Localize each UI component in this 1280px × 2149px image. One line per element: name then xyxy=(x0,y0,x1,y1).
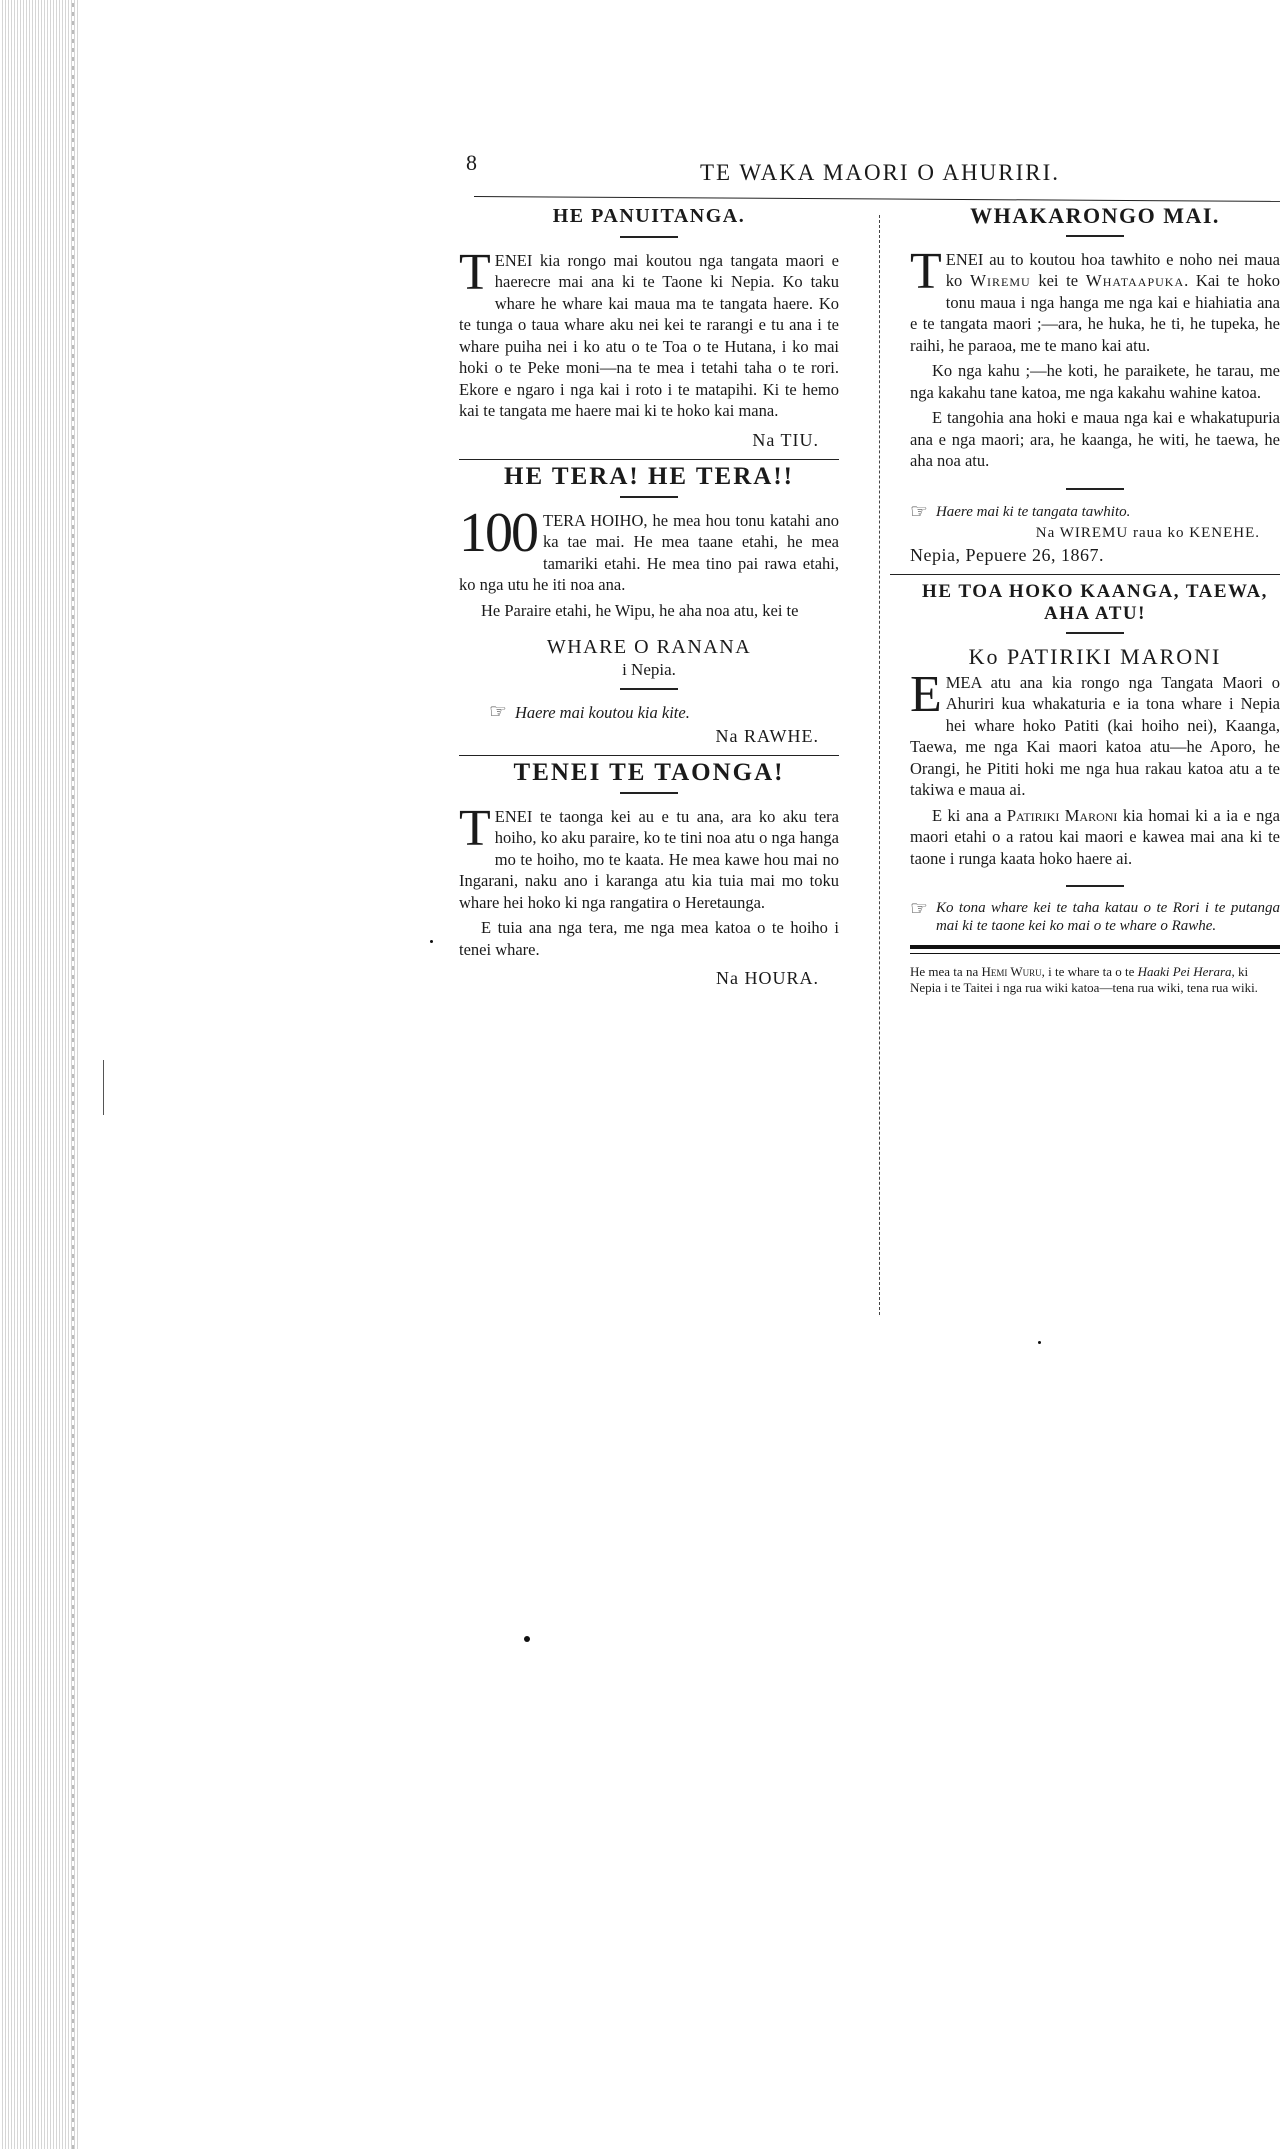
pointing-hand-icon: ☞ xyxy=(910,502,928,522)
notice-body-3: E tangohia ana hoki e maua nga kai e wha… xyxy=(910,407,1280,472)
notice-he-toa-hoko: HE TOA HOKO KAANGA, TAEWA, AHA ATU! Ko P… xyxy=(910,581,1280,935)
notice-body-2: He Paraire etahi, he Wipu, he aha noa at… xyxy=(459,600,839,622)
notice-body: TENEI au to koutou hoa tawhito e noho ne… xyxy=(910,249,1280,357)
short-rule xyxy=(1066,488,1124,490)
pointer-note: ☞ Haere mai ki te tangata tawhito. xyxy=(910,502,1280,524)
drop-cap: T xyxy=(459,808,491,850)
masthead-title: TE WAKA MAORI O AHURIRI. xyxy=(700,160,1060,186)
signature: Na RAWHE. xyxy=(459,726,839,748)
left-column: HE PANUITANGA. TENEI kia rongo mai kouto… xyxy=(459,200,839,990)
page-number: 8 xyxy=(466,150,477,176)
pointing-hand-icon: ☞ xyxy=(910,899,928,919)
pointer-note: ☞ Ko tona whare kei te taha katau o te R… xyxy=(910,899,1280,935)
pointer-note: ☞ Haere mai koutou kia kite. xyxy=(459,702,839,724)
notice-whakarongo-mai: WHAKARONGO MAI. TENEI au to koutou hoa t… xyxy=(910,205,1280,566)
section-rule xyxy=(459,459,839,460)
drop-cap: T xyxy=(459,252,491,294)
scan-edge-artifact xyxy=(0,0,78,2149)
notice-body: TENEI kia rongo mai koutou nga tangata m… xyxy=(459,250,839,422)
signature: Na WIREMU raua ko KENEHE. xyxy=(910,523,1280,545)
dateline: Nepia, Pepuere 26, 1867. xyxy=(910,545,1280,567)
merchant-name: Ko PATIRIKI MARONI xyxy=(910,646,1280,668)
short-rule xyxy=(1066,632,1124,634)
short-rule xyxy=(620,688,678,690)
notice-body-2: Ko nga kahu ;—he koti, he paraikete, he … xyxy=(910,360,1280,403)
notice-heading: WHAKARONGO MAI. xyxy=(910,205,1280,227)
printer-imprint: He mea ta na Hemi Wuru, i te whare ta o … xyxy=(910,964,1280,996)
section-rule xyxy=(890,574,1280,575)
signature: Na HOURA. xyxy=(459,968,839,990)
drop-cap: E xyxy=(910,674,942,716)
short-rule xyxy=(620,496,678,498)
margin-mark xyxy=(103,1060,104,1115)
notice-heading-line2: AHA ATU! xyxy=(910,603,1280,625)
short-rule xyxy=(620,792,678,794)
drop-cap: T xyxy=(910,251,942,293)
ink-spot xyxy=(430,940,433,943)
short-rule xyxy=(1066,235,1124,237)
notice-heading-line1: HE TOA HOKO KAANGA, TAEWA, xyxy=(910,581,1280,603)
column-divider xyxy=(879,215,880,1315)
shop-location: i Nepia. xyxy=(459,659,839,681)
notice-body: 100TERA HOIHO, he mea hou tonu katahi an… xyxy=(459,510,839,596)
notice-heading: HE TERA! HE TERA!! xyxy=(459,466,839,488)
notice-he-tera: HE TERA! HE TERA!! 100TERA HOIHO, he mea… xyxy=(459,466,839,747)
notice-he-panuitanga: HE PANUITANGA. TENEI kia rongo mai kouto… xyxy=(459,206,839,451)
section-rule xyxy=(459,755,839,756)
short-rule xyxy=(620,236,678,238)
notice-body-2: E ki ana a Patiriki Maroni kia homai ki … xyxy=(910,805,1280,870)
signature: Na TIU. xyxy=(459,430,839,452)
notice-body: EMEA atu ana kia rongo nga Tangata Maori… xyxy=(910,672,1280,801)
notice-heading: HE PANUITANGA. xyxy=(459,206,839,228)
right-column: WHAKARONGO MAI. TENEI au to koutou hoa t… xyxy=(910,205,1280,996)
notice-heading: TENEI TE TAONGA! xyxy=(459,762,839,784)
imprint-double-rule xyxy=(910,945,1280,954)
ink-spot xyxy=(524,1636,530,1642)
notice-body: TENEI te taonga kei au e tu ana, ara ko … xyxy=(459,806,839,914)
pointing-hand-icon: ☞ xyxy=(489,702,507,722)
shop-name: WHARE O RANANA xyxy=(459,637,839,659)
notice-body-2: E tuia ana nga tera, me nga mea katoa o … xyxy=(459,917,839,960)
short-rule xyxy=(1066,885,1124,887)
ink-spot xyxy=(1038,1341,1041,1344)
notice-tenei-te-taonga: TENEI TE TAONGA! TENEI te taonga kei au … xyxy=(459,762,839,990)
drop-number: 100 xyxy=(459,510,537,556)
